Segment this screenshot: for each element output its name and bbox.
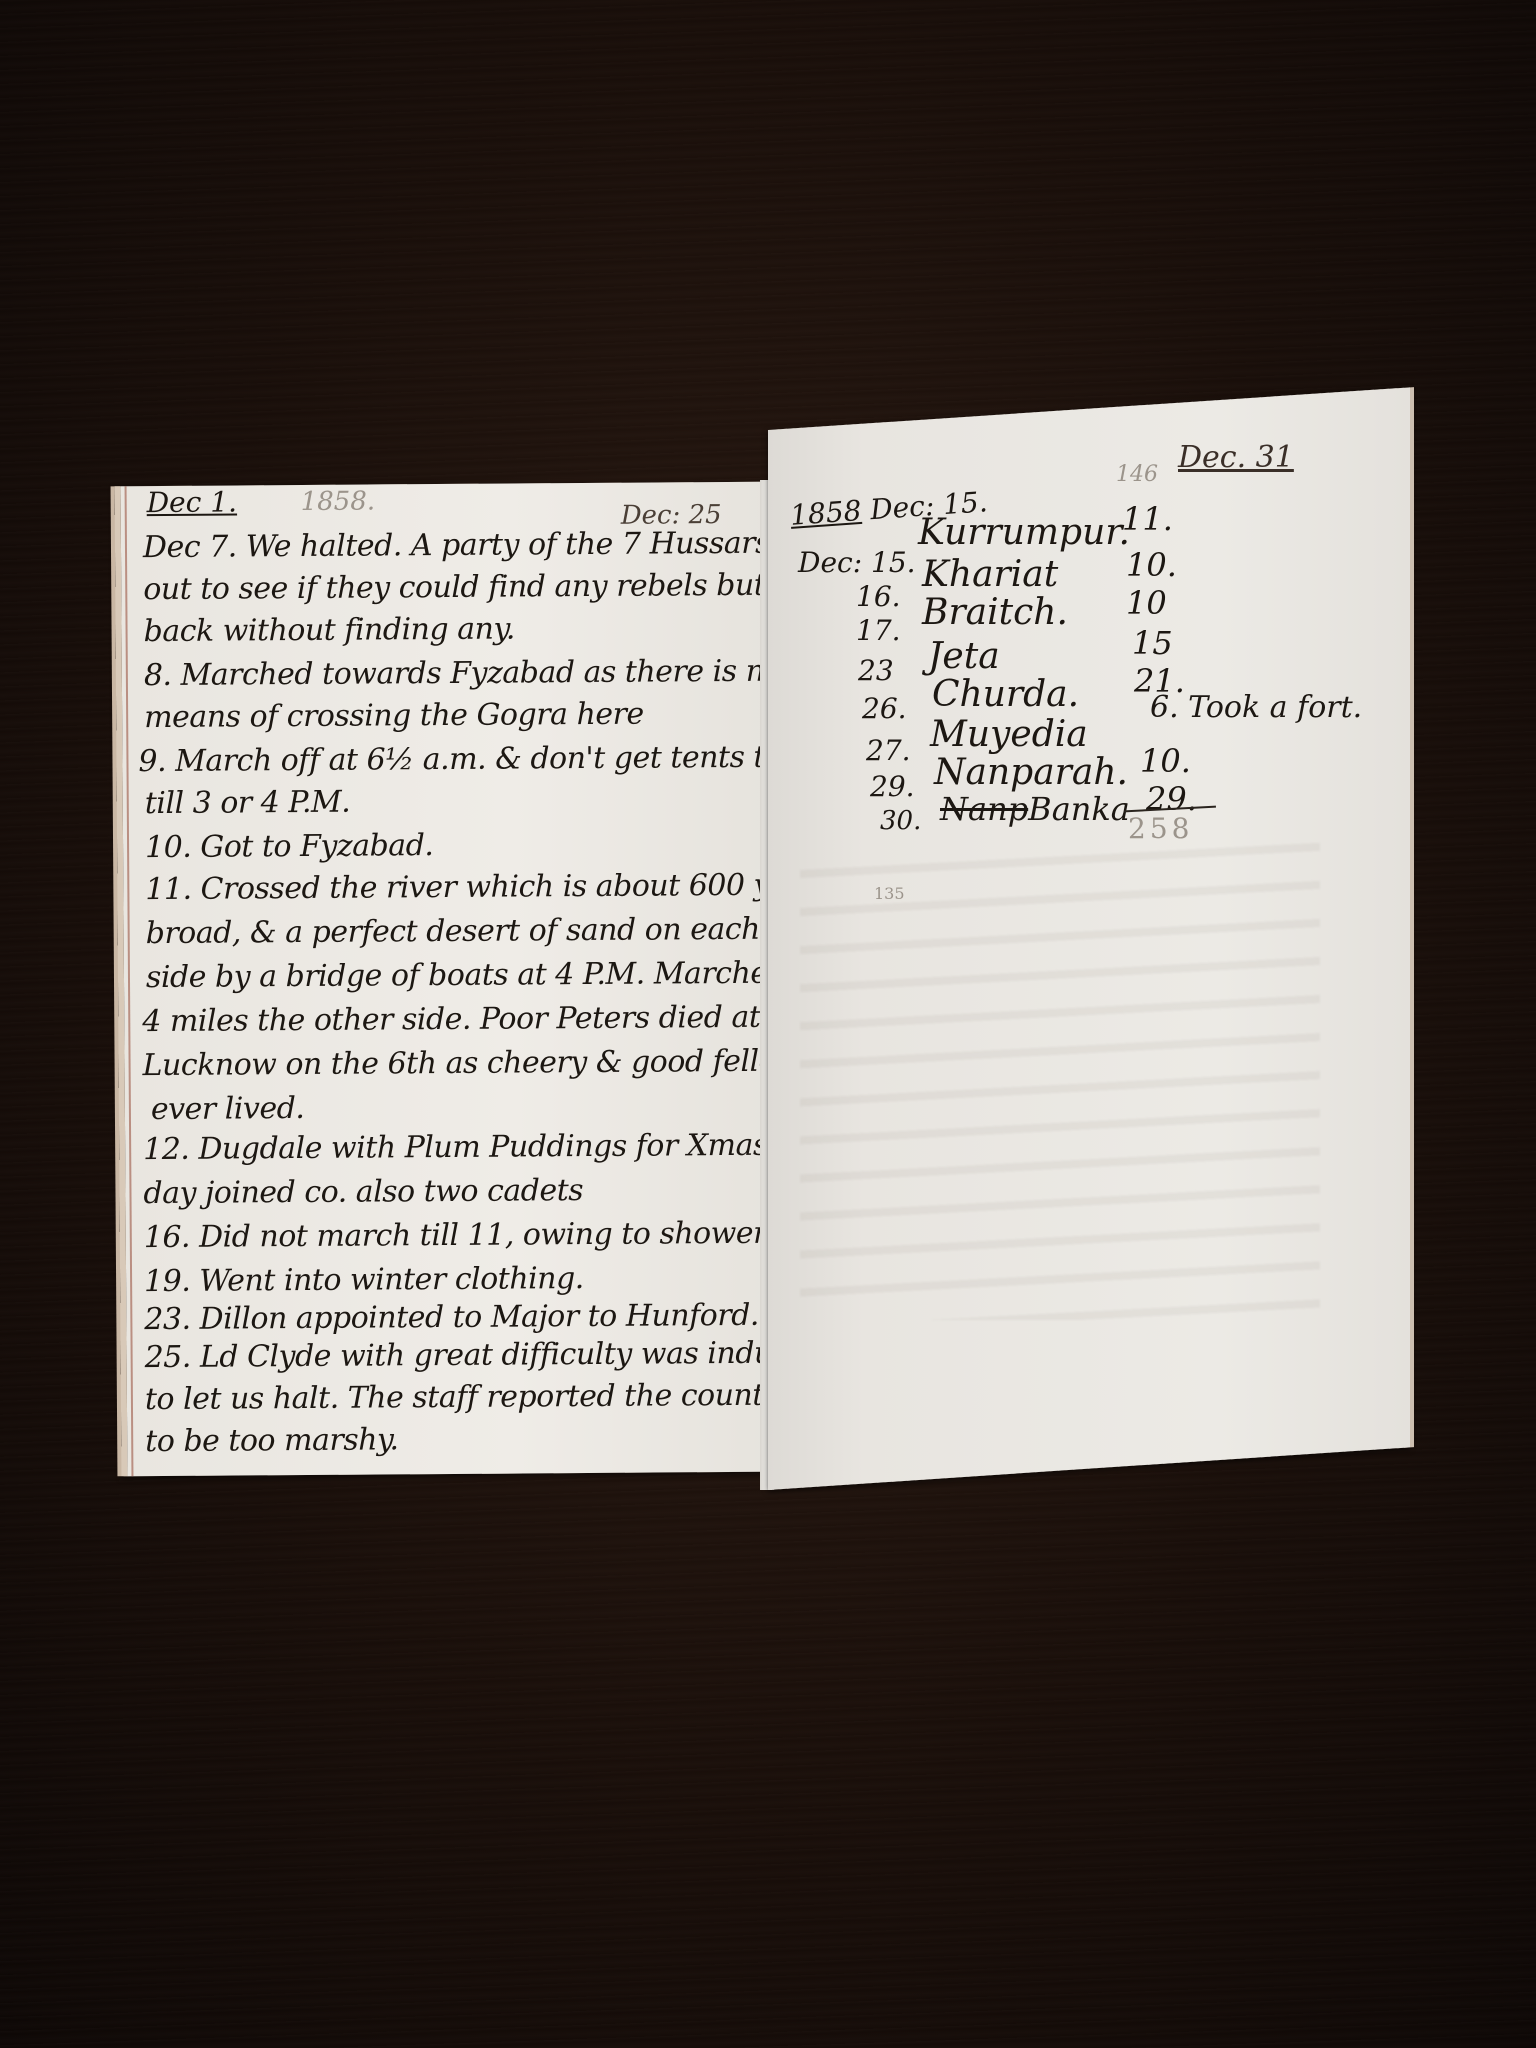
march-miles: 10. [1140, 742, 1191, 780]
diary-line: 16. Did not march till 11, owing to show… [144, 1216, 791, 1256]
march-date: Dec: 15. [798, 546, 916, 579]
march-date: 29. [870, 770, 915, 803]
march-place: Khariat [922, 554, 1058, 595]
march-place: Churda. [932, 674, 1079, 715]
diary-line: 25. Ld Clyde with great difficulty was i… [145, 1335, 826, 1375]
march-miles-note: 6. Took a fort. [1150, 690, 1362, 725]
march-place: Muyedia [930, 714, 1088, 755]
diary-line: 23. Dillon appointed to Major to Hunford… [144, 1298, 759, 1337]
diary-line: till 3 or 4 P.M. [145, 785, 351, 821]
march-miles: 15 [1132, 624, 1173, 662]
march-date: 30. [880, 806, 921, 836]
diary-line: 8. Marched towards Fyzabad as there is n… [144, 654, 782, 693]
march-place: Braitch. [922, 592, 1068, 633]
open-notebook: Dec 1. 1858. Dec: 25 Dec 7. We halted. A… [0, 0, 1536, 2048]
march-date: 23 [858, 654, 894, 687]
diary-line: 19. Went into winter clothing. [144, 1261, 584, 1299]
right-header-end-date: Dec. 31 [1178, 440, 1294, 475]
diary-line: 12. Dugdale with Plum Puddings for Xmas [143, 1128, 768, 1167]
diary-line: to be too marshy. [145, 1422, 399, 1459]
march-place: Jeta [928, 636, 1000, 677]
header-year: 1858 [789, 494, 862, 532]
pencil-page-number: 146 [1116, 462, 1158, 487]
diary-line: side by a bridge of boats at 4 P.M. Marc… [146, 956, 787, 995]
left-header-pencil-year: 1858. [301, 486, 376, 517]
pencil-total: 258 [1128, 812, 1193, 845]
march-miles: 11. [1122, 500, 1173, 538]
ink-bleed-through [800, 840, 1320, 1320]
struck-place: Nanp [940, 790, 1028, 828]
march-date: 16. [856, 580, 901, 613]
diary-line: broad, & a perfect desert of sand on eac… [146, 912, 760, 951]
diary-line: ever lived. [151, 1091, 305, 1127]
left-header-date: Dec 1. [147, 485, 238, 519]
march-miles: 10. [1126, 546, 1177, 584]
diary-line: 10. Got to Fyzabad. [145, 828, 434, 865]
diary-line: back without finding any. [143, 612, 515, 650]
march-date: 26. [862, 692, 907, 725]
diary-line: to let us halt. The staff reported the c… [145, 1378, 794, 1418]
diary-line: 9. March off at 6½ a.m. & don't get tent… [138, 740, 792, 780]
march-place: Kurrumpur. [918, 512, 1130, 553]
march-date: 27. [866, 734, 911, 767]
diary-line: day joined co. also two cadets [143, 1173, 583, 1211]
diary-line: Dec 7. We halted. A party of the 7 Hussa… [143, 525, 852, 565]
march-miles: 10 [1126, 584, 1167, 622]
march-place: NanpBanka [940, 790, 1130, 828]
diary-line: out to see if they could find any rebels… [143, 567, 853, 607]
diary-line: 4 miles the other side. Poor Peters died… [142, 1000, 760, 1039]
diary-line: Lucknow on the 6th as cheery & good fell… [142, 1043, 842, 1083]
pencil-margin-number: 135 [874, 884, 905, 903]
march-place: Nanparah. [934, 752, 1128, 793]
left-page: Dec 1. 1858. Dec: 25 Dec 7. We halted. A… [115, 482, 776, 1477]
diary-line: 11. Crossed the river which is about 600… [145, 867, 803, 907]
march-date: 17. [856, 614, 901, 647]
diary-line: means of crossing the Gogra here [144, 697, 644, 735]
